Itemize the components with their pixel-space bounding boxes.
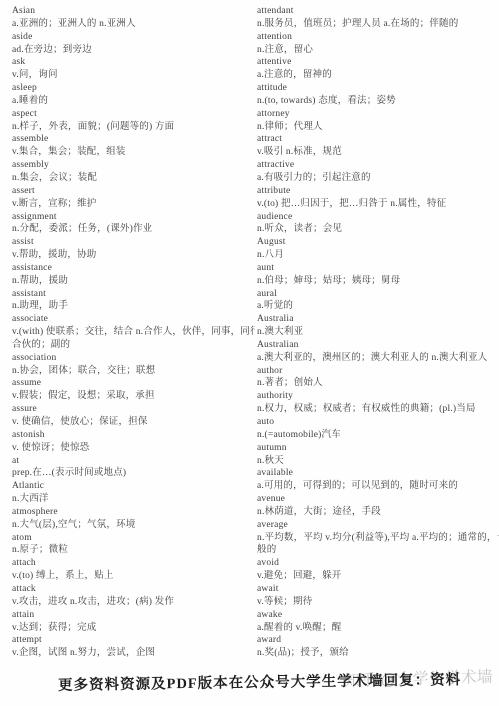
vocab-line: Asian xyxy=(12,5,255,18)
vocab-line: n.服务员，值班员；护理人员 a.在场的；伴随的 xyxy=(257,18,499,31)
vocab-line: v.断言，宣称；维护 xyxy=(12,198,255,211)
vocab-line: a.澳大利亚的，澳州区的；澳大利亚人的 n.澳大利亚人 xyxy=(257,352,499,365)
vocab-line: aural xyxy=(257,288,499,301)
vocab-line: v.集合，集会；装配，组装 xyxy=(12,146,255,159)
vocab-line: associate xyxy=(12,313,255,326)
vocab-line: n.八月 xyxy=(257,249,499,262)
vocab-line: n.原子；微粒 xyxy=(12,544,255,557)
vocab-line: attempt xyxy=(12,634,255,647)
vocab-line: n.伯母；婶母；姑母；姨母；舅母 xyxy=(257,275,499,288)
vocab-line: assert xyxy=(12,185,255,198)
vocab-line: a.有吸引力的；引起注意的 xyxy=(257,172,499,185)
vocab-line: v.攻击，进攻 n.攻击，进攻；(病) 发作 xyxy=(12,596,255,609)
footer-promo-text: 更多资料资源及PDF版本在公众号大学生学术墙回复：资料 xyxy=(58,668,461,695)
vocab-page: Asian a.亚洲的；亚洲人的 n.亚洲人 aside ad.在旁边；到旁边 … xyxy=(0,0,499,706)
vocab-line: attach xyxy=(12,557,255,570)
vocab-line: v.问，询问 xyxy=(12,69,255,82)
vocab-line: attention xyxy=(257,31,499,44)
vocab-line: a.可用的，可得到的；可以见到的，随时可来的 xyxy=(257,480,499,493)
vocab-line: atom xyxy=(12,532,255,545)
vocab-line: n.听众，读者；会见 xyxy=(257,223,499,236)
vocab-line: audience xyxy=(257,211,499,224)
vocab-line: n.权力，权威；权威者；有权威性的典籍；(pl.)当局 xyxy=(257,403,499,416)
vocab-line: v.达到；获得；完成 xyxy=(12,622,255,635)
vocab-line: assignment xyxy=(12,211,255,224)
vocab-line: v.等候；期待 xyxy=(257,596,499,609)
vocab-line: association xyxy=(12,352,255,365)
vocab-line: avenue xyxy=(257,493,499,506)
vocab-line: n.澳大利亚 xyxy=(257,326,499,339)
vocab-line: auto xyxy=(257,416,499,429)
vocab-line: attain xyxy=(12,609,255,622)
vocab-line: n.大西洋 xyxy=(12,493,255,506)
vocab-line: n.助理，助手 xyxy=(12,300,255,313)
vocab-line: available xyxy=(257,467,499,480)
vocab-line: v.(with) 使联系；交往，结合 n.合作人，伙伴，同事，同行 a. xyxy=(12,326,255,339)
vocab-line: attitude xyxy=(257,82,499,95)
vocab-line: v.帮助，援助，协助 xyxy=(12,249,255,262)
vocab-line: n.大气(层),空气；气氛，环境 xyxy=(12,519,255,532)
vocab-line: v.避免；回避，躲开 xyxy=(257,570,499,583)
vocab-line: attentive xyxy=(257,56,499,69)
vocab-line: author xyxy=(257,365,499,378)
vocab-line: attract xyxy=(257,133,499,146)
vocab-line: attendant xyxy=(257,5,499,18)
vocab-line: n.分配，委派；任务，(课外)作业 xyxy=(12,223,255,236)
vocab-line: n.样子，外表，面貌；(问题等的) 方面 xyxy=(12,121,255,134)
vocab-line: n.秋天 xyxy=(257,455,499,468)
vocab-column-right: attendant n.服务员，值班员；护理人员 a.在场的；伴随的 atten… xyxy=(257,5,499,657)
vocab-line: n.平均数，平均 v.均分(利益等),平均 a.平均的；通常的，一 xyxy=(257,532,499,545)
vocab-line: attribute xyxy=(257,185,499,198)
vocab-line: assure xyxy=(12,403,255,416)
vocab-line: Australia xyxy=(257,313,499,326)
vocab-line: avoid xyxy=(257,557,499,570)
vocab-line: await xyxy=(257,583,499,596)
vocab-line: n.(to, towards) 态度，看法；姿势 xyxy=(257,95,499,108)
vocab-line: v.吸引 n.标准，规范 xyxy=(257,146,499,159)
vocab-line: assist xyxy=(12,236,255,249)
vocab-line: a.注意的，留神的 xyxy=(257,69,499,82)
vocab-line: v.假装；假定，设想；采取，承担 xyxy=(12,390,255,403)
vocab-line: August xyxy=(257,236,499,249)
vocab-line: v.(to) 把…归因于，把…归咎于 n.属性，特征 xyxy=(257,198,499,211)
vocab-line: n.协会，团体；联合，交往；联想 xyxy=(12,365,255,378)
vocab-line: aside xyxy=(12,31,255,44)
vocab-line: a.醒着的 v.唤醒；醒 xyxy=(257,622,499,635)
vocab-line: n.律师；代理人 xyxy=(257,121,499,134)
vocab-line: Australian xyxy=(257,339,499,352)
vocab-line: ad.在旁边；到旁边 xyxy=(12,44,255,57)
vocab-line: asleep xyxy=(12,82,255,95)
vocab-line: n.奖(品)；授予，颁给 xyxy=(257,647,499,657)
vocab-line: attorney xyxy=(257,108,499,121)
vocab-line: n.著者；创始人 xyxy=(257,377,499,390)
vocab-line: v. 使惊讶；使惊恐 xyxy=(12,442,255,455)
vocab-line: prep.在…(表示时间或地点) xyxy=(12,467,255,480)
vocab-line: a.听觉的 xyxy=(257,300,499,313)
vocab-line: v.(to) 缚上，系上，贴上 xyxy=(12,570,255,583)
vocab-line: Atlantic xyxy=(12,480,255,493)
vocab-line: attractive xyxy=(257,159,499,172)
vocab-column-left: Asian a.亚洲的；亚洲人的 n.亚洲人 aside ad.在旁边；到旁边 … xyxy=(12,5,255,657)
vocab-line: n.帮助，援助 xyxy=(12,275,255,288)
vocab-line: assemble xyxy=(12,133,255,146)
vocab-line: assume xyxy=(12,377,255,390)
vocab-line: awake xyxy=(257,609,499,622)
vocab-line: assembly xyxy=(12,159,255,172)
vocab-line: authority xyxy=(257,390,499,403)
vocab-line: average xyxy=(257,519,499,532)
vocab-line: attack xyxy=(12,583,255,596)
vocab-line: aspect xyxy=(12,108,255,121)
vocab-line: astonish xyxy=(12,429,255,442)
vocab-line: assistant xyxy=(12,288,255,301)
vocab-line: n.集会，会议；装配 xyxy=(12,172,255,185)
vocab-line: a.亚洲的；亚洲人的 n.亚洲人 xyxy=(12,18,255,31)
vocab-line: autumn xyxy=(257,442,499,455)
vocab-line: n.林荫道，大街；途径，手段 xyxy=(257,506,499,519)
vocab-line: assistance xyxy=(12,262,255,275)
vocab-line: award xyxy=(257,634,499,647)
vocab-line: v.企图，试图 n.努力，尝试，企图 xyxy=(12,647,255,657)
vocab-line: atmosphere xyxy=(12,506,255,519)
vocab-line: v. 使确信，使放心；保证，担保 xyxy=(12,416,255,429)
vocab-line: n.(=automobile)汽车 xyxy=(257,429,499,442)
vocab-line: aunt xyxy=(257,262,499,275)
vocab-line: 般的 xyxy=(257,544,499,557)
vocab-line: 合伙的；副的 xyxy=(12,339,255,352)
vocab-line: a.睡着的 xyxy=(12,95,255,108)
vocab-line: n.注意，留心 xyxy=(257,44,499,57)
vocab-line: ask xyxy=(12,56,255,69)
vocab-line: at xyxy=(12,455,255,468)
